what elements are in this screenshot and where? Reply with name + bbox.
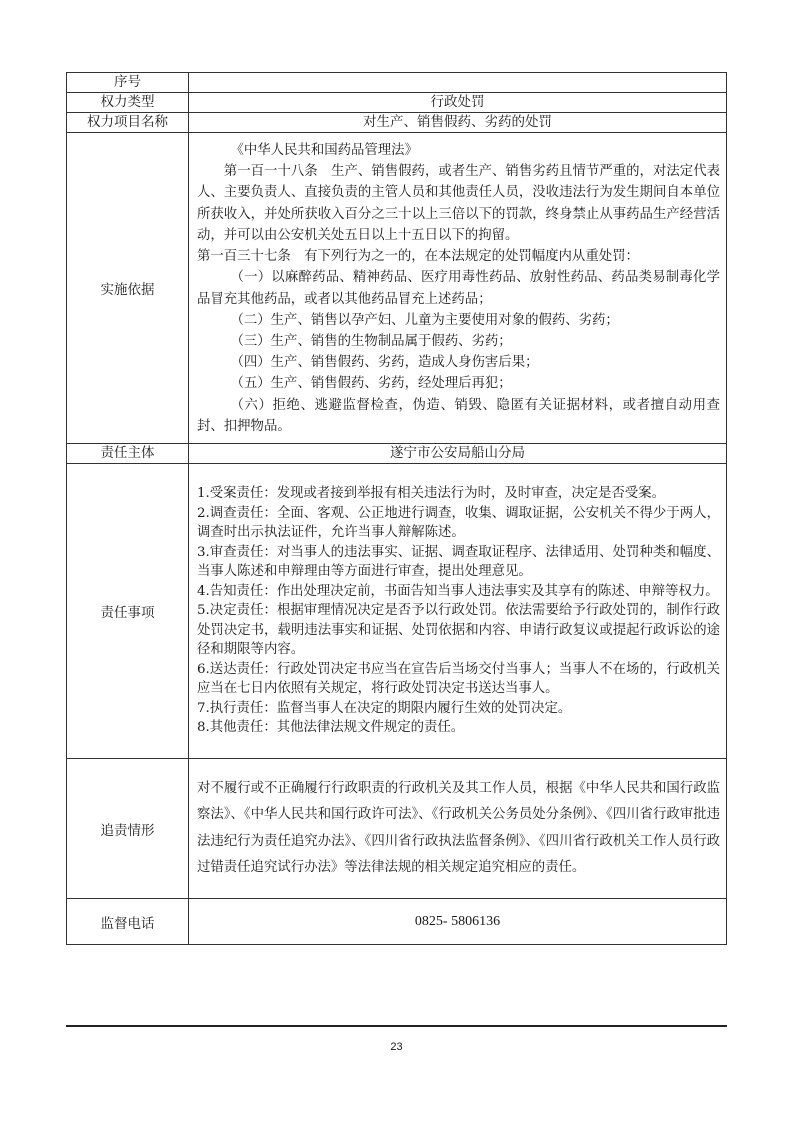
duty-item: 4.告知责任：作出处理决定前，书面告知当事人违法事实及其享有的陈述、申辩等权力。 (197, 582, 720, 602)
value-accountability: 对不履行或不正确履行行政职责的行政机关及其工作人员，根据《中华人民共和国行政监察… (189, 759, 727, 899)
value-basis: 《中华人民共和国药品管理法》 第一百一十八条 生产、销售假药，或者生产、销售劣药… (189, 133, 727, 444)
row-serial: 序号 (67, 73, 727, 93)
duty-item: 1.受案责任：发现或者接到举报有相关违法行为时，及时审查，决定是否受案。 (197, 484, 720, 504)
row-responsible-subject: 责任主体 遂宁市公安局船山分局 (67, 444, 727, 464)
basis-article-118: 第一百一十八条 生产、销售假药，或者生产、销售劣药且情节严重的，对法定代表人、主… (197, 161, 720, 246)
basis-clause-1: （一）以麻醉药品、精神药品、医疗用毒性药品、放射性药品、药品类易制毒化学品冒充其… (197, 267, 720, 309)
footer-divider (66, 1025, 727, 1027)
value-responsibilities: 1.受案责任：发现或者接到举报有相关违法行为时，及时审查，决定是否受案。 2.调… (189, 464, 727, 759)
basis-clause-5: （五）生产、销售假药、劣药，经处理后再犯； (197, 373, 720, 394)
basis-law-title: 《中华人民共和国药品管理法》 (197, 140, 720, 161)
duty-item: 8.其他责任：其他法律法规文件规定的责任。 (197, 718, 720, 738)
basis-clause-3: （三）生产、销售的生物制品属于假药、劣药； (197, 331, 720, 352)
label-responsible-subject: 责任主体 (67, 444, 189, 464)
basis-clause-4: （四）生产、销售假药、劣药，造成人身伤害后果； (197, 352, 720, 373)
row-basis: 实施依据 《中华人民共和国药品管理法》 第一百一十八条 生产、销售假药，或者生产… (67, 133, 727, 444)
value-power-type: 行政处罚 (189, 93, 727, 113)
duty-item: 5.决定责任：根据审理情况决定是否予以行政处罚。依法需要给予行政处罚的，制作行政… (197, 601, 720, 660)
duty-item: 7.执行责任：监督当事人在决定的期限内履行生效的处罚决定。 (197, 699, 720, 719)
page-number: 23 (0, 1041, 793, 1053)
power-list-table: 序号 权力类型 行政处罚 权力项目名称 对生产、销售假药、劣药的处罚 实施依据 … (66, 72, 727, 945)
value-power-item-name: 对生产、销售假药、劣药的处罚 (189, 113, 727, 133)
label-power-type: 权力类型 (67, 93, 189, 113)
row-accountability: 追责情形 对不履行或不正确履行行政职责的行政机关及其工作人员，根据《中华人民共和… (67, 759, 727, 899)
label-serial: 序号 (67, 73, 189, 93)
duty-item: 3.审查责任：对当事人的违法事实、证据、调查取证程序、法律适用、处罚种类和幅度、… (197, 543, 720, 582)
basis-article-137: 第一百三十七条 有下列行为之一的，在本法规定的处罚幅度内从重处罚： (197, 246, 720, 267)
duty-item: 2.调查责任：全面、客观、公正地进行调查，收集、调取证据，公安机关不得少于两人，… (197, 504, 720, 543)
basis-clause-2: （二）生产、销售以孕产妇、儿童为主要使用对象的假药、劣药； (197, 310, 720, 331)
row-power-type: 权力类型 行政处罚 (67, 93, 727, 113)
value-responsible-subject: 遂宁市公安局船山分局 (189, 444, 727, 464)
accountability-text: 对不履行或不正确履行行政职责的行政机关及其工作人员，根据《中华人民共和国行政监察… (189, 770, 726, 888)
row-supervision-phone: 监督电话 0825- 5806136 (67, 899, 727, 945)
label-responsibilities: 责任事项 (67, 464, 189, 759)
value-supervision-phone: 0825- 5806136 (189, 899, 727, 945)
row-responsibilities: 责任事项 1.受案责任：发现或者接到举报有相关违法行为时，及时审查，决定是否受案… (67, 464, 727, 759)
label-accountability: 追责情形 (67, 759, 189, 899)
label-power-item-name: 权力项目名称 (67, 113, 189, 133)
row-power-item-name: 权力项目名称 对生产、销售假药、劣药的处罚 (67, 113, 727, 133)
value-serial (189, 73, 727, 93)
duty-item: 6.送达责任：行政处罚决定书应当在宣告后当场交付当事人；当事人不在场的，行政机关… (197, 660, 720, 699)
label-supervision-phone: 监督电话 (67, 899, 189, 945)
label-basis: 实施依据 (67, 133, 189, 444)
basis-clause-6: （六）拒绝、逃避监督检查，伪造、销毁、隐匿有关证据材料，或者擅自动用查封、扣押物… (197, 395, 720, 437)
